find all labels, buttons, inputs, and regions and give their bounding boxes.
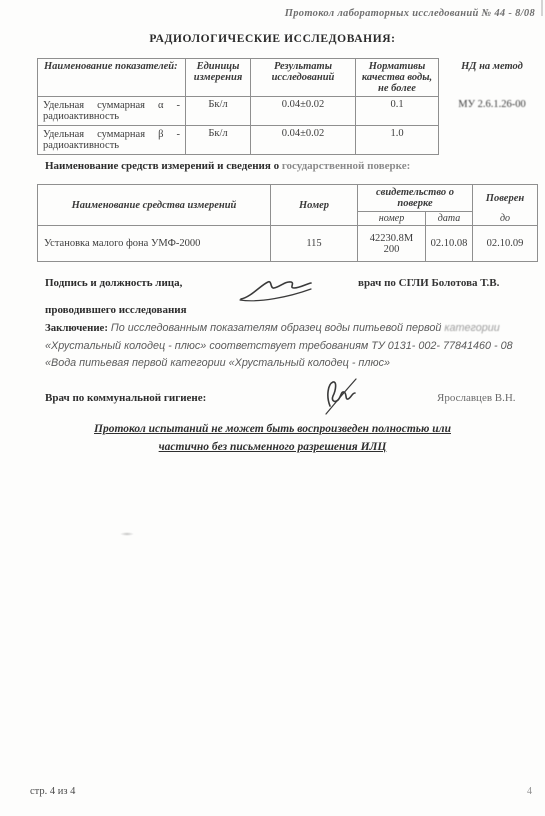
radiology-results-table: Наименование показателей: Единицы измере… bbox=[37, 58, 545, 155]
conclusion-line2: «Хрустальный колодец - плюс» соответству… bbox=[45, 338, 523, 356]
researcher-signature bbox=[237, 276, 315, 304]
method-beta bbox=[439, 126, 545, 155]
units-alpha: Бк/л bbox=[186, 97, 251, 126]
method-alpha: МУ 2.6.1.26-00 bbox=[439, 97, 545, 126]
units-beta: Бк/л bbox=[186, 126, 251, 155]
page-number-label: стр. 4 из 4 bbox=[30, 786, 75, 797]
section-title-radiology: РАДИОЛОГИЧЕСКИЕ ИССЛЕДОВАНИЯ: bbox=[0, 33, 545, 45]
notice-line2: частично без письменного разрешения ИЛЦ bbox=[159, 441, 387, 453]
copy-restriction-notice: Протокол испытаний не может быть воспрои… bbox=[0, 420, 545, 456]
signature-label-line1: Подпись и должность лица, bbox=[45, 277, 182, 289]
conclusion-block: Заключение: По исследованным показателям… bbox=[45, 320, 523, 373]
conclusion-line1: Заключение: По исследованным показателям… bbox=[45, 320, 523, 338]
conclusion-line3: «Вода питьевая первой категории «Хрустал… bbox=[45, 355, 523, 373]
col-header-method: НД на метод bbox=[439, 59, 545, 97]
instrument-name: Установка малого фона УМФ-2000 bbox=[38, 226, 271, 262]
col-header-verified: Поверен bbox=[473, 185, 538, 212]
col-header-units: Единицы измерения bbox=[186, 59, 251, 97]
result-beta: 0.04±0.02 bbox=[251, 126, 356, 155]
conclusion-label: Заключение: bbox=[45, 322, 108, 334]
researcher-name-title: врач по СГЛИ Болотова Т.В. bbox=[358, 277, 538, 289]
results-header-row: Наименование показателей: Единицы измере… bbox=[38, 59, 545, 97]
norm-beta: 1.0 bbox=[356, 126, 439, 155]
subcol-cert-date: дата bbox=[426, 212, 473, 226]
col-header-indicator: Наименование показателей: bbox=[38, 59, 186, 97]
conclusion-line1-main: По исследованным показателям образец вод… bbox=[108, 322, 444, 334]
signature-label-line2: проводившего исследования bbox=[45, 304, 187, 316]
corner-page-number: 4 bbox=[527, 786, 532, 797]
col-header-norm: Нормативы качества воды, не более bbox=[356, 59, 439, 97]
instruments-title-main: Наименование средств измерений и сведени… bbox=[45, 160, 282, 172]
scan-artifact bbox=[120, 532, 134, 536]
instrument-number: 115 bbox=[271, 226, 358, 262]
certificate-number: 42230.8М 200 bbox=[358, 226, 426, 262]
indicator-beta: Удельная суммарная β - радиоактивность bbox=[38, 126, 186, 155]
table-row: Удельная суммарная β - радиоактивность Б… bbox=[38, 126, 545, 155]
instruments-data-row: Установка малого фона УМФ-2000 115 42230… bbox=[38, 226, 538, 262]
scanned-protocol-page: Протокол лабораторных исследований № 44 … bbox=[0, 0, 545, 816]
conclusion-line1-tail: категории bbox=[444, 322, 499, 334]
result-alpha: 0.04±0.02 bbox=[251, 97, 356, 126]
col-header-certificate: свидетельство о поверке bbox=[358, 185, 473, 212]
hygiene-doctor-name: Ярославцев В.Н. bbox=[437, 392, 516, 404]
instruments-header-row: Наименование средства измерений Номер св… bbox=[38, 185, 538, 212]
instruments-title-tail: государственной поверке: bbox=[282, 160, 410, 172]
subcol-verified-until: до bbox=[473, 212, 538, 226]
certificate-date: 02.10.08 bbox=[426, 226, 473, 262]
col-header-instrument-number: Номер bbox=[271, 185, 358, 226]
instruments-section-title: Наименование средств измерений и сведени… bbox=[45, 160, 410, 172]
hygiene-doctor-signature bbox=[320, 376, 364, 416]
notice-line1: Протокол испытаний не может быть воспрои… bbox=[94, 423, 451, 435]
hygiene-doctor-label: Врач по коммунальной гигиене: bbox=[45, 392, 206, 404]
col-header-instrument-name: Наименование средства измерений bbox=[38, 185, 271, 226]
subcol-cert-number: номер bbox=[358, 212, 426, 226]
indicator-alpha: Удельная суммарная α - радиоактивность bbox=[38, 97, 186, 126]
protocol-reference: Протокол лабораторных исследований № 44 … bbox=[285, 8, 535, 19]
norm-alpha: 0.1 bbox=[356, 97, 439, 126]
table-row: Удельная суммарная α - радиоактивность Б… bbox=[38, 97, 545, 126]
instruments-table: Наименование средства измерений Номер св… bbox=[37, 184, 538, 262]
verified-until-date: 02.10.09 bbox=[473, 226, 538, 262]
scan-edge-mark bbox=[541, 0, 543, 16]
col-header-results: Результаты исследований bbox=[251, 59, 356, 97]
